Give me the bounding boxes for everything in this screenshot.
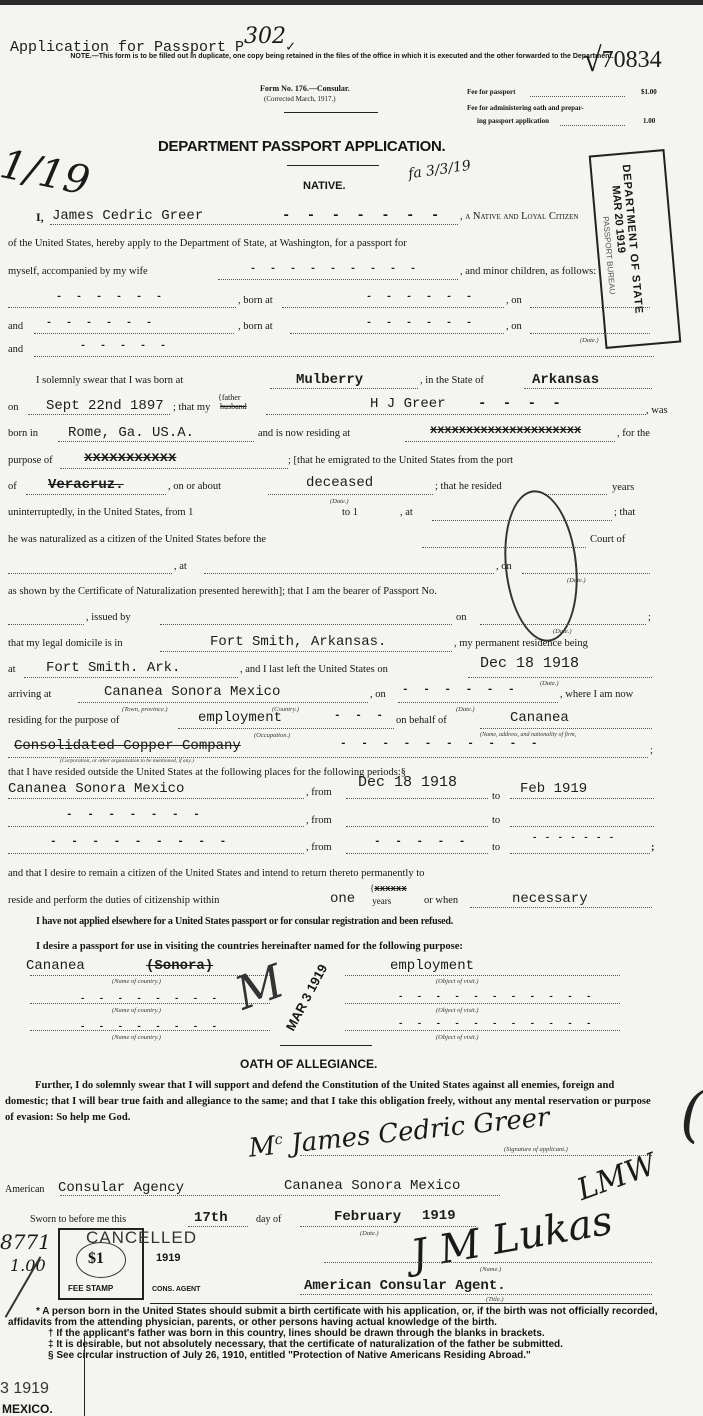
father-name-line bbox=[266, 414, 646, 415]
object-caption: (Object of visit.) bbox=[436, 1034, 478, 1041]
left-date-value: Dec 18 1918 bbox=[480, 655, 579, 672]
to-label: to 1 bbox=[342, 507, 358, 518]
certificate-text: as shown by the Certificate of Naturaliz… bbox=[8, 586, 437, 597]
semicolon: ; bbox=[650, 745, 653, 756]
port-line bbox=[26, 494, 166, 495]
place-line bbox=[8, 826, 304, 827]
from-label: , from bbox=[306, 787, 332, 798]
at-label: , at bbox=[174, 561, 187, 572]
purpose-label: purpose of bbox=[8, 455, 53, 466]
object-caption: (Object of visit.) bbox=[436, 978, 478, 985]
and-label: and bbox=[8, 344, 23, 355]
at-label: , at bbox=[400, 507, 413, 518]
fee-line bbox=[560, 125, 625, 126]
handwritten-fee-number: 8771 bbox=[0, 1230, 51, 1254]
about-line bbox=[268, 494, 433, 495]
filler-dashes: - - - bbox=[334, 710, 387, 722]
from-value: - - - - - bbox=[374, 836, 469, 848]
within-unit: {xxxxxx years bbox=[370, 882, 407, 907]
object-line bbox=[345, 1003, 620, 1004]
object-caption: (Object of visit.) bbox=[436, 1007, 478, 1014]
stamp-amount: $1 bbox=[88, 1250, 104, 1268]
behalf-label: on behalf of bbox=[396, 715, 447, 726]
domicile-label: that my legal domicile is in bbox=[8, 638, 123, 649]
filler-dashes: - - - - - - - - - - bbox=[340, 738, 541, 750]
arriving-value: Cananea Sonora Mexico bbox=[104, 684, 280, 700]
to-label: to bbox=[492, 791, 500, 802]
from-label: , from bbox=[306, 815, 332, 826]
child-line bbox=[8, 307, 236, 308]
month-value: February bbox=[334, 1209, 401, 1225]
to-label: to bbox=[492, 815, 500, 826]
duties-text: reside and perform the duties of citizen… bbox=[8, 895, 219, 906]
court-label: Court of bbox=[590, 534, 625, 545]
domicile-value: Fort Smith, Arkansas. bbox=[210, 634, 386, 650]
child-line bbox=[34, 356, 654, 357]
filler-dashes: - - - - - - - - - bbox=[250, 264, 420, 275]
passport-no-line bbox=[8, 624, 84, 625]
agency-label: American bbox=[5, 1184, 44, 1195]
father-label: ; that my bbox=[173, 402, 210, 413]
wife-line bbox=[218, 279, 458, 280]
state-value: Arkansas bbox=[532, 372, 599, 388]
born-in-label: born in bbox=[8, 428, 38, 439]
agency-typed: Consular Agency bbox=[58, 1180, 184, 1196]
fee-oath-value: 1.00 bbox=[643, 117, 655, 125]
left-date-line bbox=[468, 677, 652, 678]
filler-dashes: - - - - - - bbox=[366, 318, 476, 329]
filler-dashes: - - - - - - - bbox=[282, 208, 443, 224]
day-line bbox=[188, 1226, 248, 1227]
court-place-line bbox=[8, 573, 172, 574]
footnotes: * A person born in the United States sho… bbox=[8, 1306, 658, 1361]
within-value: one bbox=[330, 891, 355, 907]
father-birthplace-value: Rome, Ga. US.A. bbox=[68, 425, 194, 441]
husband-option: husband bbox=[220, 402, 247, 411]
about-value: deceased bbox=[306, 475, 373, 491]
residing-label: residing for the purpose of bbox=[8, 715, 119, 726]
or-when-label: or when bbox=[424, 895, 458, 906]
oval-pencil-mark bbox=[497, 487, 584, 646]
birthplace-line bbox=[270, 388, 418, 389]
issued-by-label: , issued by bbox=[86, 612, 131, 623]
state-line bbox=[524, 388, 652, 389]
object-value: employment bbox=[390, 958, 474, 974]
title-line bbox=[300, 1294, 652, 1295]
filler-dashes: - - - - - - bbox=[56, 292, 166, 303]
of-label: of bbox=[8, 481, 17, 492]
margin-handwriting: 1/19 bbox=[0, 141, 94, 205]
divider bbox=[287, 165, 379, 166]
issued-by-line bbox=[160, 624, 452, 625]
form-number: Form No. 176.—Consular. bbox=[260, 84, 350, 93]
fee-oath-label: Fee for administering oath and prepar- bbox=[467, 104, 584, 112]
object-line bbox=[345, 1030, 620, 1031]
at-label: at bbox=[8, 664, 16, 675]
form-corrected: (Corrected March, 1917.) bbox=[264, 95, 336, 103]
divider bbox=[280, 1045, 372, 1046]
sworn-label: Sworn to before me this bbox=[30, 1214, 126, 1225]
country-struck: (Sonora) bbox=[146, 958, 213, 974]
birthdate-line bbox=[28, 414, 170, 415]
fee-passport-label: Fee for passport bbox=[467, 88, 515, 96]
country-value: - - - - - - - - bbox=[80, 994, 221, 1004]
date-caption: (Date.) bbox=[330, 498, 349, 505]
place-line bbox=[8, 798, 304, 799]
semicolon: ; bbox=[648, 612, 651, 623]
emigrated-text: ; [that he emigrated to the United State… bbox=[288, 455, 513, 466]
father-options: {father husband bbox=[218, 393, 247, 411]
handwritten-mark: M bbox=[228, 954, 291, 1021]
filler-dashes: - - - - - bbox=[80, 341, 170, 352]
purpose-line bbox=[60, 468, 288, 469]
father-name-value: H J Greer bbox=[370, 396, 446, 412]
on-label: , on bbox=[506, 295, 522, 306]
for-the-label: , for the bbox=[617, 428, 650, 439]
from-value: Dec 18 1918 bbox=[358, 774, 457, 791]
remain-text: and that I desire to remain a citizen of… bbox=[8, 868, 424, 879]
uninterrupted-text: uninterruptedly, in the United States, f… bbox=[8, 507, 193, 518]
name-caption: (Name.) bbox=[480, 1266, 501, 1273]
on-label: , on bbox=[370, 689, 386, 700]
occupation-value: employment bbox=[198, 710, 282, 726]
to-line bbox=[510, 853, 650, 854]
on-label: , on bbox=[506, 321, 522, 332]
within-unit-value: years bbox=[372, 896, 391, 906]
footnote: ‡ It is desirable, but not absolutely ne… bbox=[8, 1339, 658, 1350]
stamp-edge bbox=[84, 1336, 85, 1416]
port-struck: Veracruz. bbox=[48, 477, 124, 493]
cancelled-agent: CONS. AGENT bbox=[152, 1286, 200, 1293]
initials-handwriting: fa 3/3/19 bbox=[407, 158, 472, 183]
within-unit-struck: xxxxxx bbox=[374, 884, 406, 894]
arriving-line bbox=[78, 702, 368, 703]
oath-text: Further, I do solemnly swear that I will… bbox=[5, 1078, 655, 1126]
name-line bbox=[50, 224, 458, 225]
filler-dashes: - - - - bbox=[478, 396, 565, 412]
passport-application-page: Application for Passport P302✓ √70834 NO… bbox=[0, 0, 703, 1416]
that-label: ; that bbox=[614, 507, 635, 518]
date-line bbox=[530, 307, 650, 308]
permanent-value: Fort Smith. Ark. bbox=[46, 660, 180, 676]
father-option: father bbox=[222, 393, 241, 402]
apply-text: of the United States, hereby apply to th… bbox=[8, 238, 407, 249]
town-caption: (Town, province.) bbox=[122, 706, 168, 713]
not-applied-text: I have not applied elsewhere for a Unite… bbox=[36, 916, 453, 927]
birthplace-value: Mulberry bbox=[296, 372, 363, 388]
signature-line bbox=[300, 1155, 652, 1156]
day-of-label: day of bbox=[256, 1214, 281, 1225]
to-line bbox=[510, 826, 654, 827]
from-label: , from bbox=[306, 842, 332, 853]
years-line bbox=[545, 494, 607, 495]
to-line bbox=[510, 798, 654, 799]
title-caption: (Title.) bbox=[486, 1296, 504, 1303]
place-value: - - - - - - - - - bbox=[50, 836, 230, 848]
residing-label: and is now residing at bbox=[258, 428, 350, 439]
father-residence-line bbox=[405, 441, 615, 442]
country-caption: (Name of country.) bbox=[112, 978, 161, 985]
footnote: * A person born in the United States sho… bbox=[8, 1306, 658, 1328]
divider bbox=[150, 1303, 652, 1304]
father-birthplace-line bbox=[58, 441, 254, 442]
filler-dashes: - - - - - - bbox=[46, 318, 156, 329]
form-note: NOTE.—This form is to be filled out in d… bbox=[22, 52, 662, 61]
object-line bbox=[345, 975, 620, 976]
date-caption: (Date.) bbox=[580, 337, 599, 344]
sworn-text: I solemnly swear that I was born at bbox=[36, 375, 183, 386]
country-caption: (Name of country.) bbox=[112, 1007, 161, 1014]
occupation-caption: (Occupation.) bbox=[254, 732, 290, 739]
desire-text: I desire a passport for use in visiting … bbox=[36, 941, 463, 952]
resided-outside-text: that I have resided outside the United S… bbox=[8, 767, 406, 778]
about-label: , on or about bbox=[168, 481, 221, 492]
to-value: Feb 1919 bbox=[520, 781, 587, 797]
subtitle: NATIVE. bbox=[303, 180, 346, 192]
department-of-state-stamp: DEPARTMENT OF STATE MAR 20 1919 PASSPORT… bbox=[589, 149, 682, 349]
born-at-line bbox=[282, 307, 504, 308]
from-line bbox=[346, 798, 488, 799]
children-label: , and minor children, as follows: bbox=[460, 266, 596, 277]
year-value: 1919 bbox=[422, 1208, 456, 1224]
country-value: Cananea bbox=[26, 958, 85, 974]
divider bbox=[284, 112, 378, 113]
state-label: , in the State of bbox=[420, 375, 484, 386]
date-caption: (Date.) bbox=[360, 1230, 379, 1237]
employer-line bbox=[480, 728, 652, 729]
child-line bbox=[34, 333, 234, 334]
naturalized-text: he was naturalized as a citizen of the U… bbox=[8, 534, 266, 545]
where-label: , where I am now bbox=[560, 689, 633, 700]
place-line bbox=[8, 853, 304, 854]
left-label: , and I last left the United States on bbox=[240, 664, 388, 675]
filler-dashes: - - - - - - bbox=[366, 292, 476, 303]
main-title: DEPARTMENT PASSPORT APPLICATION. bbox=[158, 138, 445, 155]
and-label: and bbox=[8, 321, 23, 332]
object-value: - - - - - - - - - - - bbox=[398, 992, 595, 1002]
footnote: § See circular instruction of July 26, 1… bbox=[8, 1350, 658, 1361]
oath-title: OATH OF ALLEGIANCE. bbox=[240, 1057, 377, 1071]
when-line bbox=[470, 907, 652, 908]
wife-label: myself, accompanied by my wife bbox=[8, 266, 148, 277]
employer-value: Cananea bbox=[510, 710, 569, 726]
domicile-line bbox=[160, 651, 452, 652]
received-stamp: MAR 3 1919 bbox=[283, 962, 331, 1033]
semicolon: ; bbox=[651, 842, 655, 853]
object-value: - - - - - - - - - - - bbox=[398, 1019, 595, 1029]
signature-caption: (Signature of applicant.) bbox=[504, 1146, 568, 1153]
handwritten-number: 302 bbox=[244, 24, 286, 49]
name-line bbox=[324, 1262, 652, 1263]
place-value: - - - - - - - bbox=[66, 809, 204, 821]
on-label: on bbox=[456, 612, 467, 623]
purpose-struck: xxxxxxxxxxx bbox=[84, 450, 176, 466]
date-line bbox=[530, 333, 650, 334]
employer-value-2: Consolidated Copper Company bbox=[14, 738, 241, 754]
agency-location: Cananea Sonora Mexico bbox=[284, 1178, 460, 1194]
margin-bracket: ( bbox=[680, 1080, 703, 1150]
years-label: years bbox=[612, 482, 634, 493]
country-value: - - - - - - - - bbox=[80, 1022, 221, 1032]
birth-date-value: Sept 22nd 1897 bbox=[46, 398, 164, 414]
arriving-label: arriving at bbox=[8, 689, 51, 700]
day-value: 17th bbox=[194, 1210, 228, 1226]
date-caption: (Date.) bbox=[540, 680, 559, 687]
occupation-line bbox=[178, 728, 394, 729]
applicant-prefix: I, bbox=[36, 210, 44, 225]
fee-line bbox=[530, 96, 625, 97]
permanent-line bbox=[24, 677, 238, 678]
when-value: necessary bbox=[512, 891, 588, 907]
resided-text: ; that he resided bbox=[435, 481, 502, 492]
permanent-label: , my permanent residence being bbox=[454, 638, 588, 649]
cancelled-stamp: CANCELLED bbox=[86, 1228, 197, 1248]
cancelled-year: 1919 bbox=[156, 1252, 180, 1264]
bottom-stamp-place: MEXICO. bbox=[2, 1402, 53, 1416]
born-at-line bbox=[290, 333, 504, 334]
footnote: † If the applicant's father was born in … bbox=[8, 1328, 658, 1339]
arrival-date-line bbox=[398, 702, 558, 703]
on-label: on bbox=[8, 402, 19, 413]
to-value: - - - - - - - bbox=[532, 833, 615, 843]
place-value: Cananea Sonora Mexico bbox=[8, 781, 184, 797]
from-line bbox=[346, 853, 488, 854]
born-at-label: , born at bbox=[238, 321, 273, 332]
fee-oath-label-2: ing passport application bbox=[477, 117, 549, 125]
date-caption: (Date.) bbox=[456, 706, 475, 713]
from-line bbox=[346, 826, 488, 827]
was-label: , was bbox=[646, 405, 668, 416]
to-label: to bbox=[492, 842, 500, 853]
filler-dashes: - - - - - - bbox=[402, 684, 519, 696]
employer-caption-2: (Corporation, or other organization to b… bbox=[60, 758, 194, 764]
at-line bbox=[204, 573, 494, 574]
citizen-text: , a Native and Loyal Citizen bbox=[460, 211, 578, 222]
bottom-stamp-date: 3 1919 bbox=[0, 1380, 49, 1398]
born-at-label: , born at bbox=[238, 295, 273, 306]
scan-edge bbox=[0, 0, 703, 5]
father-residence-struck: xxxxxxxxxxxxxxxxxxxxx bbox=[430, 423, 581, 437]
agency-line bbox=[60, 1195, 500, 1196]
fee-passport-value: $1.00 bbox=[641, 88, 657, 96]
consular-title: American Consular Agent. bbox=[304, 1278, 506, 1294]
official-initials: LMW bbox=[572, 1147, 661, 1208]
applicant-name: James Cedric Greer bbox=[52, 208, 203, 224]
country-caption: (Name of country.) bbox=[112, 1034, 161, 1041]
stamp-label: FEE STAMP bbox=[68, 1284, 113, 1293]
